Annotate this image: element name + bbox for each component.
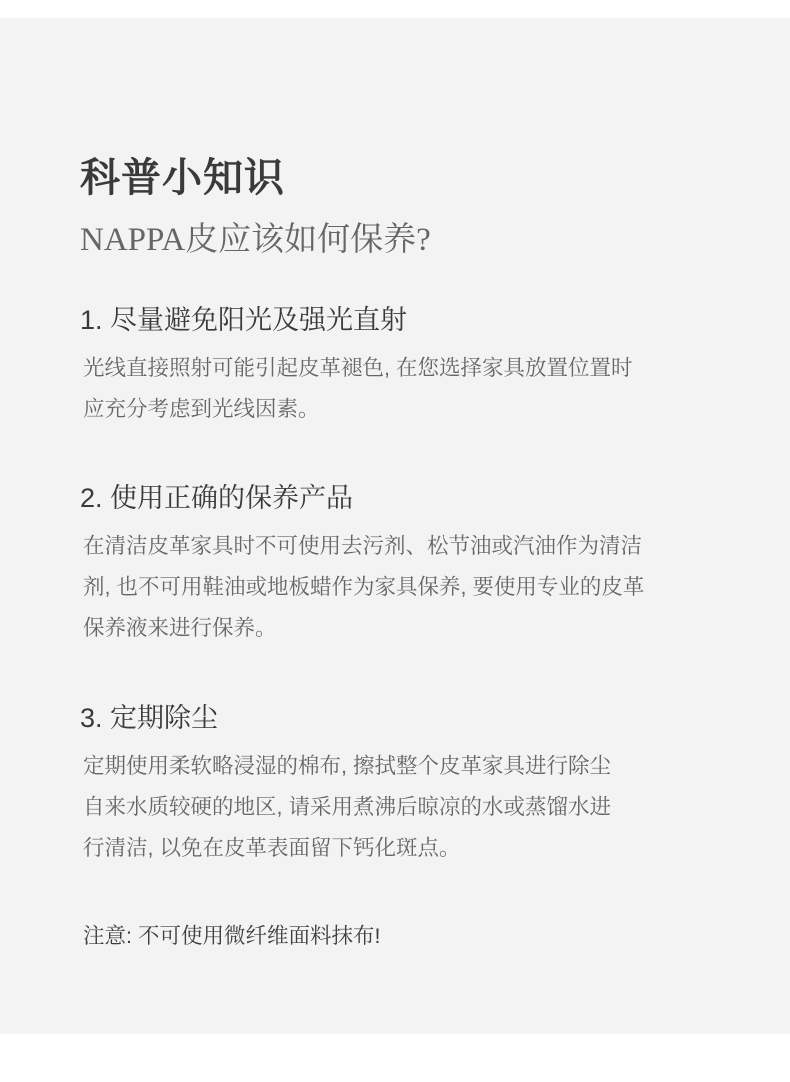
content-panel: 科普小知识 NAPPA皮应该如何保养? 1. 尽量避免阳光及强光直射 光线直接照… xyxy=(0,18,790,1034)
warning-note: 注意: 不可使用微纤维面料抹布! xyxy=(83,918,380,954)
section-body: 光线直接照射可能引起皮革褪色, 在您选择家具放置位置时 应充分考虑到光线因素。 xyxy=(80,348,720,430)
page-title: 科普小知识 xyxy=(80,150,285,206)
body-line: 在清洁皮革家具时不可使用去污剂、松节油或汽油作为清洁 xyxy=(83,526,720,567)
section-heading: 1. 尽量避免阳光及强光直射 xyxy=(80,300,720,340)
section-body: 在清洁皮革家具时不可使用去污剂、松节油或汽油作为清洁 剂, 也不可用鞋油或地板蜡… xyxy=(80,526,720,649)
body-line: 定期使用柔软略浸湿的棉布, 擦拭整个皮革家具进行除尘 xyxy=(83,746,720,787)
section-regular-dusting: 3. 定期除尘 定期使用柔软略浸湿的棉布, 擦拭整个皮革家具进行除尘 自来水质较… xyxy=(80,698,720,869)
section-heading: 2. 使用正确的保养产品 xyxy=(80,478,720,518)
section-avoid-sunlight: 1. 尽量避免阳光及强光直射 光线直接照射可能引起皮革褪色, 在您选择家具放置位… xyxy=(80,300,720,430)
body-line: 光线直接照射可能引起皮革褪色, 在您选择家具放置位置时 xyxy=(83,348,720,389)
body-line: 应充分考虑到光线因素。 xyxy=(83,389,720,430)
body-line: 行清洁, 以免在皮革表面留下钙化斑点。 xyxy=(83,828,720,869)
body-line: 剂, 也不可用鞋油或地板蜡作为家具保养, 要使用专业的皮革 xyxy=(83,567,720,608)
section-correct-products: 2. 使用正确的保养产品 在清洁皮革家具时不可使用去污剂、松节油或汽油作为清洁 … xyxy=(80,478,720,649)
body-line: 自来水质较硬的地区, 请采用煮沸后晾凉的水或蒸馏水进 xyxy=(83,787,720,828)
section-body: 定期使用柔软略浸湿的棉布, 擦拭整个皮革家具进行除尘 自来水质较硬的地区, 请采… xyxy=(80,746,720,869)
page-subtitle: NAPPA皮应该如何保养? xyxy=(80,216,431,264)
section-heading: 3. 定期除尘 xyxy=(80,698,720,738)
body-line: 保养液来进行保养。 xyxy=(83,608,720,649)
